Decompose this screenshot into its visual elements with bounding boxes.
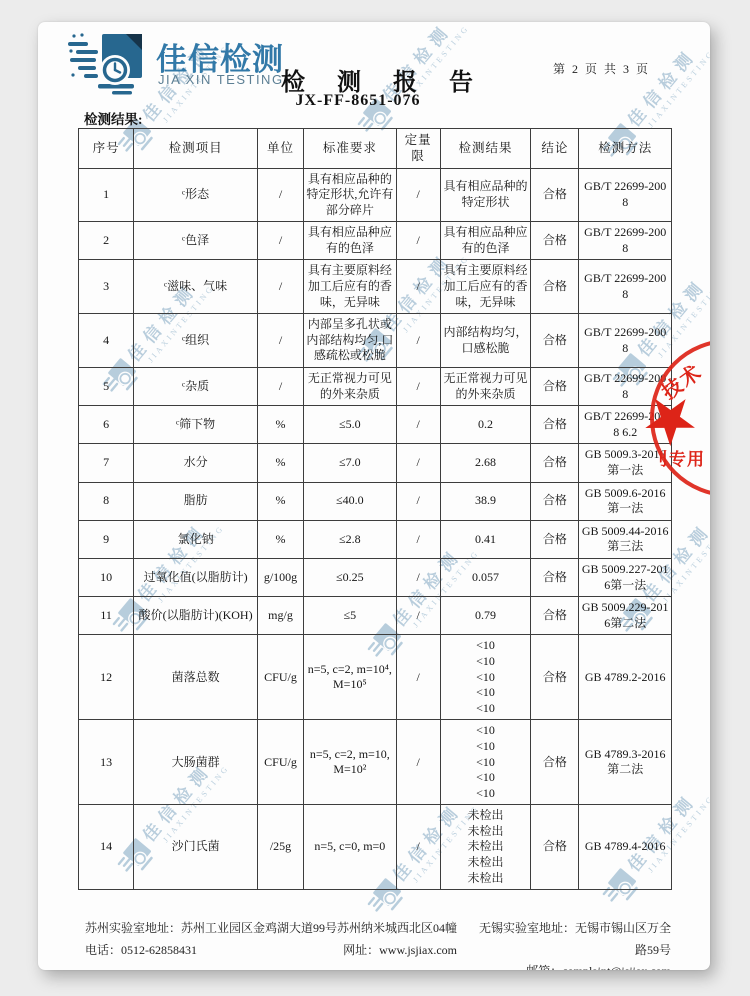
- cell-index: 12: [79, 635, 134, 720]
- cell-method: GB 5009.44-2016 第三法: [579, 520, 672, 558]
- red-stamp-bottom-text: 刂专用: [651, 445, 705, 470]
- cell-index: 4: [79, 314, 134, 368]
- table-row: 10过氧化值(以脂肪计)g/100g≤0.25/0.057合格GB 5009.2…: [79, 558, 672, 596]
- cell-result: <10 <10 <10 <10 <10: [440, 635, 530, 720]
- cell-index: 1: [79, 168, 134, 222]
- cell-conclusion: 合格: [531, 260, 579, 314]
- cell-result: 内部结构均匀，口感松脆: [440, 314, 530, 368]
- cell-unit: CFU/g: [257, 635, 303, 720]
- cell-item: 氯化钠: [134, 520, 258, 558]
- cell-conclusion: 合格: [531, 168, 579, 222]
- cell-conclusion: 合格: [531, 444, 579, 482]
- cell-index: 2: [79, 222, 134, 260]
- cell-conclusion: 合格: [531, 558, 579, 596]
- cell-standard: n=5, c=2, m=10⁴, M=10⁵: [304, 635, 396, 720]
- footer-right-block: 无锡实验室地址：无锡市锡山区万全路59号 邮箱：complaint@jsjiax…: [471, 918, 671, 970]
- cell-unit: /: [257, 222, 303, 260]
- cell-unit: %: [257, 444, 303, 482]
- cell-limit: /: [396, 168, 440, 222]
- results-table-body: 1ᶜ形态/具有相应品种的特定形状,允许有部分碎片/具有相应品种的特定形状合格GB…: [79, 168, 672, 890]
- cell-unit: CFU/g: [257, 720, 303, 805]
- table-row: 13大肠菌群CFU/gn=5, c=2, m=10, M=10²/<10 <10…: [79, 720, 672, 805]
- cell-method: GB 4789.4-2016: [579, 805, 672, 890]
- report-page: 佳信检测JIAXINTESTING佳信检测JIAXINTESTING佳信检测JI…: [38, 22, 710, 970]
- cell-result: 无正常视力可见的外来杂质: [440, 368, 530, 406]
- results-table: 序号 检测项目 单位 标准要求 定量限 检测结果 结论 检测方法 1ᶜ形态/具有…: [78, 128, 672, 890]
- cell-limit: /: [396, 260, 440, 314]
- cell-standard: 具有相应品种的特定形状,允许有部分碎片: [304, 168, 396, 222]
- cell-limit: /: [396, 314, 440, 368]
- results-section-label: 检测结果:: [84, 108, 143, 128]
- cell-unit: /25g: [257, 805, 303, 890]
- cell-result: <10 <10 <10 <10 <10: [440, 720, 530, 805]
- cell-standard: 具有相应品种应有的色泽: [304, 222, 396, 260]
- cell-item: ᶜ色泽: [134, 222, 258, 260]
- cell-standard: ≤5.0: [304, 406, 396, 444]
- cell-limit: /: [396, 444, 440, 482]
- cell-unit: %: [257, 520, 303, 558]
- suzhou-lab-address: 苏州实验室地址：苏州工业园区金鸡湖大道99号苏州纳米城西北区04幢: [85, 918, 457, 940]
- table-row: 4ᶜ组织/内部呈多孔状或内部结构均匀,口感疏松或松脆/内部结构均匀，口感松脆合格…: [79, 314, 672, 368]
- cell-index: 6: [79, 406, 134, 444]
- col-header-conclusion: 结论: [531, 129, 579, 169]
- cell-result: 38.9: [440, 482, 530, 520]
- cell-item: 菌落总数: [134, 635, 258, 720]
- cell-method: GB 4789.3-2016第二法: [579, 720, 672, 805]
- cell-conclusion: 合格: [531, 520, 579, 558]
- col-header-standard: 标准要求: [304, 129, 396, 169]
- cell-standard: 具有主要原料经加工后应有的香味，无异味: [304, 260, 396, 314]
- cell-limit: /: [396, 635, 440, 720]
- email-address: 邮箱：complaint@jsjiax.com: [471, 961, 671, 970]
- cell-result: 具有主要原料经加工后应有的香味，无异味: [440, 260, 530, 314]
- cell-index: 9: [79, 520, 134, 558]
- cell-result: 0.79: [440, 597, 530, 635]
- table-row: 14沙门氏菌/25gn=5, c=0, m=0/未检出 未检出 未检出 未检出 …: [79, 805, 672, 890]
- cell-item: ᶜ杂质: [134, 368, 258, 406]
- cell-unit: g/100g: [257, 558, 303, 596]
- cell-item: 脂肪: [134, 482, 258, 520]
- cell-index: 13: [79, 720, 134, 805]
- cell-limit: /: [396, 805, 440, 890]
- cell-item: 过氧化值(以脂肪计): [134, 558, 258, 596]
- cell-standard: ≤5: [304, 597, 396, 635]
- cell-result: 0.2: [440, 406, 530, 444]
- brand-name-en: JIA XIN TESTING: [158, 72, 284, 87]
- cell-result: 0.057: [440, 558, 530, 596]
- table-row: 6ᶜ筛下物%≤5.0/0.2合格GB/T 22699-2008 6.2: [79, 406, 672, 444]
- cell-unit: /: [257, 168, 303, 222]
- cell-index: 14: [79, 805, 134, 890]
- cell-limit: /: [396, 597, 440, 635]
- cell-item: ᶜ筛下物: [134, 406, 258, 444]
- cell-conclusion: 合格: [531, 805, 579, 890]
- cell-standard: n=5, c=2, m=10, M=10²: [304, 720, 396, 805]
- cell-method: GB/T 22699-2008: [579, 260, 672, 314]
- cell-result: 0.41: [440, 520, 530, 558]
- col-header-unit: 单位: [257, 129, 303, 169]
- cell-conclusion: 合格: [531, 222, 579, 260]
- table-row: 12菌落总数CFU/gn=5, c=2, m=10⁴, M=10⁵/<10 <1…: [79, 635, 672, 720]
- cell-index: 5: [79, 368, 134, 406]
- table-row: 2ᶜ色泽/具有相应品种应有的色泽/具有相应品种应有的色泽合格GB/T 22699…: [79, 222, 672, 260]
- cell-conclusion: 合格: [531, 635, 579, 720]
- cell-conclusion: 合格: [531, 720, 579, 805]
- col-header-method: 检测方法: [579, 129, 672, 169]
- footer-left-block: 苏州实验室地址：苏州工业园区金鸡湖大道99号苏州纳米城西北区04幢 电话：051…: [85, 918, 457, 970]
- cell-method: GB/T 22699-2008: [579, 168, 672, 222]
- cell-conclusion: 合格: [531, 314, 579, 368]
- cell-limit: /: [396, 406, 440, 444]
- cell-unit: /: [257, 260, 303, 314]
- cell-item: 水分: [134, 444, 258, 482]
- screenshot-root: { "header": { "brand_cn": "佳信检测", "brand…: [0, 0, 750, 996]
- cell-standard: n=5, c=0, m=0: [304, 805, 396, 890]
- cell-standard: ≤40.0: [304, 482, 396, 520]
- cell-limit: /: [396, 368, 440, 406]
- cell-conclusion: 合格: [531, 368, 579, 406]
- cell-conclusion: 合格: [531, 597, 579, 635]
- cell-item: 大肠菌群: [134, 720, 258, 805]
- cell-conclusion: 合格: [531, 482, 579, 520]
- table-row: 5ᶜ杂质/无正常视力可见的外来杂质/无正常视力可见的外来杂质合格GB/T 226…: [79, 368, 672, 406]
- cell-unit: %: [257, 406, 303, 444]
- footer: 苏州实验室地址：苏州工业园区金鸡湖大道99号苏州纳米城西北区04幢 电话：051…: [85, 918, 671, 970]
- cell-method: GB 5009.227-2016第一法: [579, 558, 672, 596]
- cell-standard: ≤2.8: [304, 520, 396, 558]
- cell-item: 沙门氏菌: [134, 805, 258, 890]
- cell-item: ᶜ形态: [134, 168, 258, 222]
- cell-index: 11: [79, 597, 134, 635]
- col-header-item: 检测项目: [134, 129, 258, 169]
- page-number-info: 第 2 页 共 3 页: [553, 60, 650, 77]
- cell-unit: mg/g: [257, 597, 303, 635]
- col-header-result: 检测结果: [440, 129, 530, 169]
- table-row: 1ᶜ形态/具有相应品种的特定形状,允许有部分碎片/具有相应品种的特定形状合格GB…: [79, 168, 672, 222]
- cell-method: GB/T 22699-2008: [579, 222, 672, 260]
- table-row: 8脂肪%≤40.0/38.9合格GB 5009.6-2016第一法: [79, 482, 672, 520]
- table-row: 11酸价(以脂肪计)(KOH)mg/g≤5/0.79合格GB 5009.229-…: [79, 597, 672, 635]
- cell-unit: /: [257, 368, 303, 406]
- cell-standard: 内部呈多孔状或内部结构均匀,口感疏松或松脆: [304, 314, 396, 368]
- cell-standard: ≤7.0: [304, 444, 396, 482]
- cell-result: 未检出 未检出 未检出 未检出 未检出: [440, 805, 530, 890]
- cell-item: ᶜ组织: [134, 314, 258, 368]
- cell-item: 酸价(以脂肪计)(KOH): [134, 597, 258, 635]
- cell-method: GB 5009.6-2016第一法: [579, 482, 672, 520]
- cell-result: 具有相应品种应有的色泽: [440, 222, 530, 260]
- col-header-index: 序号: [79, 129, 134, 169]
- cell-item: ᶜ滋味、气味: [134, 260, 258, 314]
- col-header-limit: 定量限: [396, 129, 440, 169]
- phone-number: 电话：0512-62858431: [85, 940, 197, 962]
- cell-limit: /: [396, 482, 440, 520]
- cell-index: 3: [79, 260, 134, 314]
- cell-conclusion: 合格: [531, 406, 579, 444]
- watermark-text-cn: 佳信检测: [620, 32, 709, 131]
- cell-method: GB/T 22699-2008: [579, 314, 672, 368]
- cell-limit: /: [396, 558, 440, 596]
- cell-unit: %: [257, 482, 303, 520]
- cell-limit: /: [396, 222, 440, 260]
- cell-result: 2.68: [440, 444, 530, 482]
- cell-index: 7: [79, 444, 134, 482]
- cell-standard: ≤0.25: [304, 558, 396, 596]
- cell-result: 具有相应品种的特定形状: [440, 168, 530, 222]
- table-row: 3ᶜ滋味、气味/具有主要原料经加工后应有的香味，无异味/具有主要原料经加工后应有…: [79, 260, 672, 314]
- watermark-text-en: JIAXINTESTING: [646, 48, 710, 129]
- table-header-row: 序号 检测项目 单位 标准要求 定量限 检测结果 结论 检测方法: [79, 129, 672, 169]
- cell-limit: /: [396, 720, 440, 805]
- cell-unit: /: [257, 314, 303, 368]
- cell-standard: 无正常视力可见的外来杂质: [304, 368, 396, 406]
- cell-method: GB 5009.229-2016第二法: [579, 597, 672, 635]
- cell-method: GB 4789.2-2016: [579, 635, 672, 720]
- table-row: 7水分%≤7.0/2.68合格GB 5009.3-2016第一法: [79, 444, 672, 482]
- website-url: 网址：www.jsjiax.com: [343, 940, 457, 962]
- wuxi-lab-address: 无锡实验室地址：无锡市锡山区万全路59号: [471, 918, 671, 961]
- company-logo-icon: [68, 30, 150, 101]
- table-row: 9氯化钠%≤2.8/0.41合格GB 5009.44-2016 第三法: [79, 520, 672, 558]
- cell-limit: /: [396, 520, 440, 558]
- cell-index: 8: [79, 482, 134, 520]
- cell-index: 10: [79, 558, 134, 596]
